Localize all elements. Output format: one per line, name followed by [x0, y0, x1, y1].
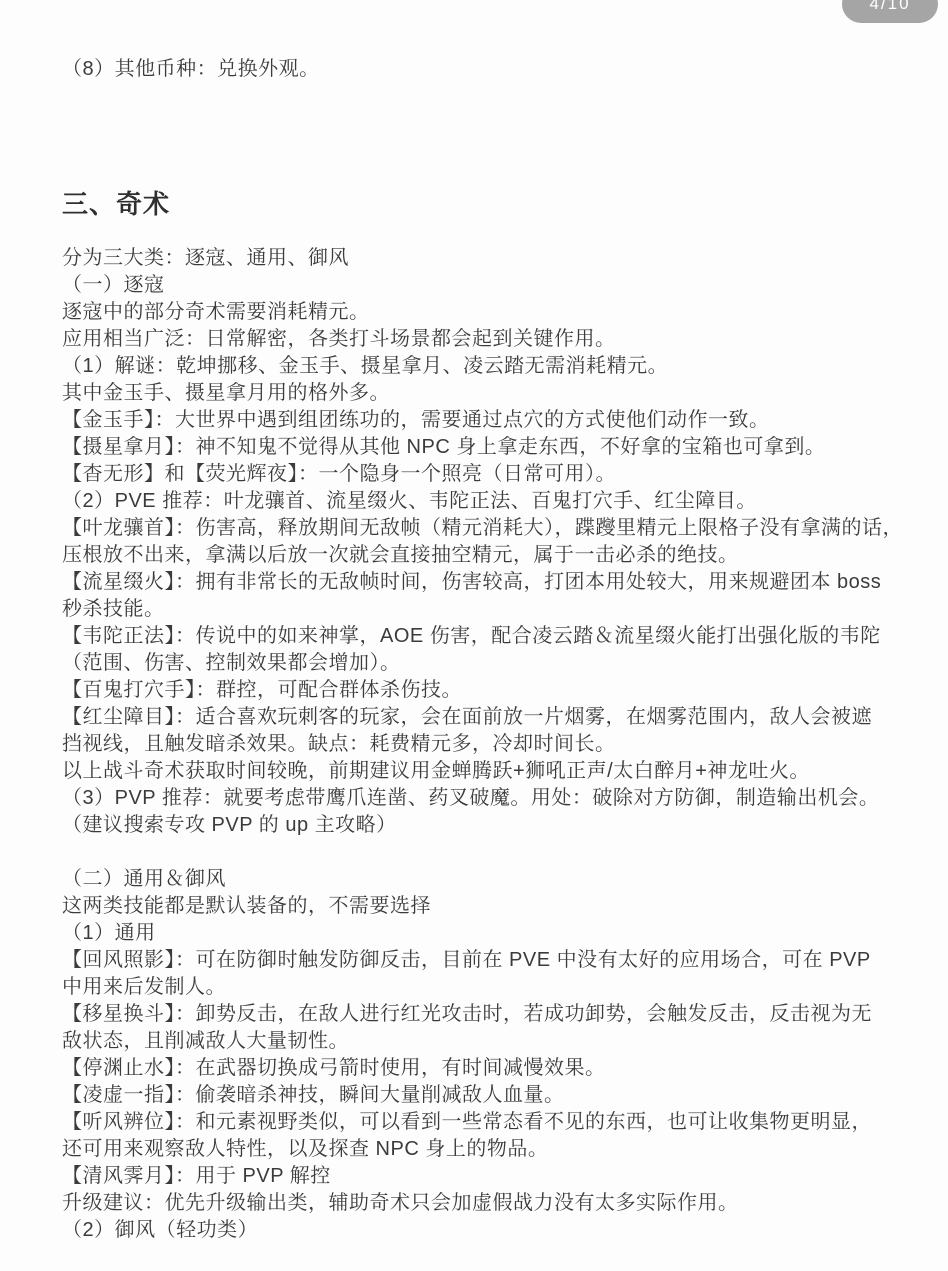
text-line: 【百鬼打穴手】：群控，可配合群体杀伤技。	[62, 677, 900, 704]
text-line: 【停渊止水】：在武器切换成弓箭时使用，有时间减慢效果。	[62, 1055, 900, 1082]
text-line: （一）逐寇	[62, 272, 900, 299]
text-line: 【回风照影】：可在防御时触发防御反击，目前在 PVE 中没有太好的应用场合，可在…	[62, 947, 900, 974]
text-line: （2）PVE 推荐：叶龙骧首、流星缀火、韦陀正法、百鬼打穴手、红尘障目。	[62, 488, 900, 515]
text-line: （1）解谜：乾坤挪移、金玉手、摄星拿月、凌云踏无需消耗精元。	[62, 353, 900, 380]
page-indicator-label: 4/10	[869, 0, 910, 14]
text-line: 【韦陀正法】：传说中的如来神掌，AOE 伤害，配合凌云踏＆流星缀火能打出强化版的…	[62, 623, 900, 650]
text-line: 压根放不出来，拿满以后放一次就会直接抽空精元，属于一击必杀的绝技。	[62, 542, 900, 569]
text-line: 【凌虚一指】：偷袭暗杀神技，瞬间大量削减敌人血量。	[62, 1082, 900, 1109]
text-line: 【清风霁月】：用于 PVP 解控	[62, 1163, 900, 1190]
page-indicator-badge: 4/10	[842, 0, 938, 23]
text-line: 【流星缀火】：拥有非常长的无敌帧时间，伤害较高，打团本用处较大，用来规避团本 b…	[62, 569, 900, 596]
text-line: 以上战斗奇术获取时间较晚，前期建议用金蝉腾跃+狮吼正声/太白醉月+神龙吐火。	[62, 758, 900, 785]
blank-line	[62, 839, 900, 866]
text-line: （2）御风（轻功类）	[62, 1217, 900, 1244]
text-line: （1）通用	[62, 920, 900, 947]
text-line: （建议搜索专攻 PVP 的 up 主攻略）	[62, 812, 900, 839]
text-line: 还可用来观察敌人特性，以及探查 NPC 身上的物品。	[62, 1136, 900, 1163]
text-line: （范围、伤害、控制效果都会增加）。	[62, 650, 900, 677]
text-line: 【杳无形】和【荧光辉夜】：一个隐身一个照亮（日常可用）。	[62, 461, 900, 488]
heading-spacer	[62, 221, 900, 245]
text-line: 分为三大类：逐寇、通用、御风	[62, 245, 900, 272]
text-line: 敌状态，且削减敌人大量韧性。	[62, 1028, 900, 1055]
text-line: 【听风辨位】：和元素视野类似，可以看到一些常态看不见的东西，也可让收集物更明显，	[62, 1109, 900, 1136]
text-line: （3）PVP 推荐：就要考虑带鹰爪连凿、药叉破魔。用处：破除对方防御，制造输出机…	[62, 785, 900, 812]
section-spacer	[62, 83, 900, 187]
section-heading: 三、奇术	[62, 187, 900, 221]
text-line: 【金玉手】：大世界中遇到组团练功的，需要通过点穴的方式使他们动作一致。	[62, 407, 900, 434]
text-line: 升级建议：优先升级输出类，辅助奇术只会加虚假战力没有太多实际作用。	[62, 1190, 900, 1217]
text-line: 这两类技能都是默认装备的，不需要选择	[62, 893, 900, 920]
document-page: 4/10 （8）其他币种：兑换外观。 三、奇术 分为三大类：逐寇、通用、御风 （…	[0, 0, 948, 1271]
text-line: 【红尘障目】：适合喜欢玩刺客的玩家，会在面前放一片烟雾，在烟雾范围内，敌人会被遮	[62, 704, 900, 731]
text-line: 【摄星拿月】：神不知鬼不觉得从其他 NPC 身上拿走东西，不好拿的宝箱也可拿到。	[62, 434, 900, 461]
text-line: （8）其他币种：兑换外观。	[62, 56, 900, 83]
text-line: 其中金玉手、摄星拿月用的格外多。	[62, 380, 900, 407]
text-line: 中用来后发制人。	[62, 974, 900, 1001]
text-line: （二）通用＆御风	[62, 866, 900, 893]
text-line: 秒杀技能。	[62, 596, 900, 623]
text-line: 【移星换斗】：卸势反击，在敌人进行红光攻击时，若成功卸势，会触发反击，反击视为无	[62, 1001, 900, 1028]
document-content: （8）其他币种：兑换外观。 三、奇术 分为三大类：逐寇、通用、御风 （一）逐寇 …	[62, 56, 900, 1244]
text-line: 【叶龙骧首】：伤害高，释放期间无敌帧（精元消耗大），蹀躞里精元上限格子没有拿满的…	[62, 515, 900, 542]
text-line: 应用相当广泛：日常解密，各类打斗场景都会起到关键作用。	[62, 326, 900, 353]
text-line: 挡视线，且触发暗杀效果。缺点：耗费精元多，冷却时间长。	[62, 731, 900, 758]
text-line: 逐寇中的部分奇术需要消耗精元。	[62, 299, 900, 326]
